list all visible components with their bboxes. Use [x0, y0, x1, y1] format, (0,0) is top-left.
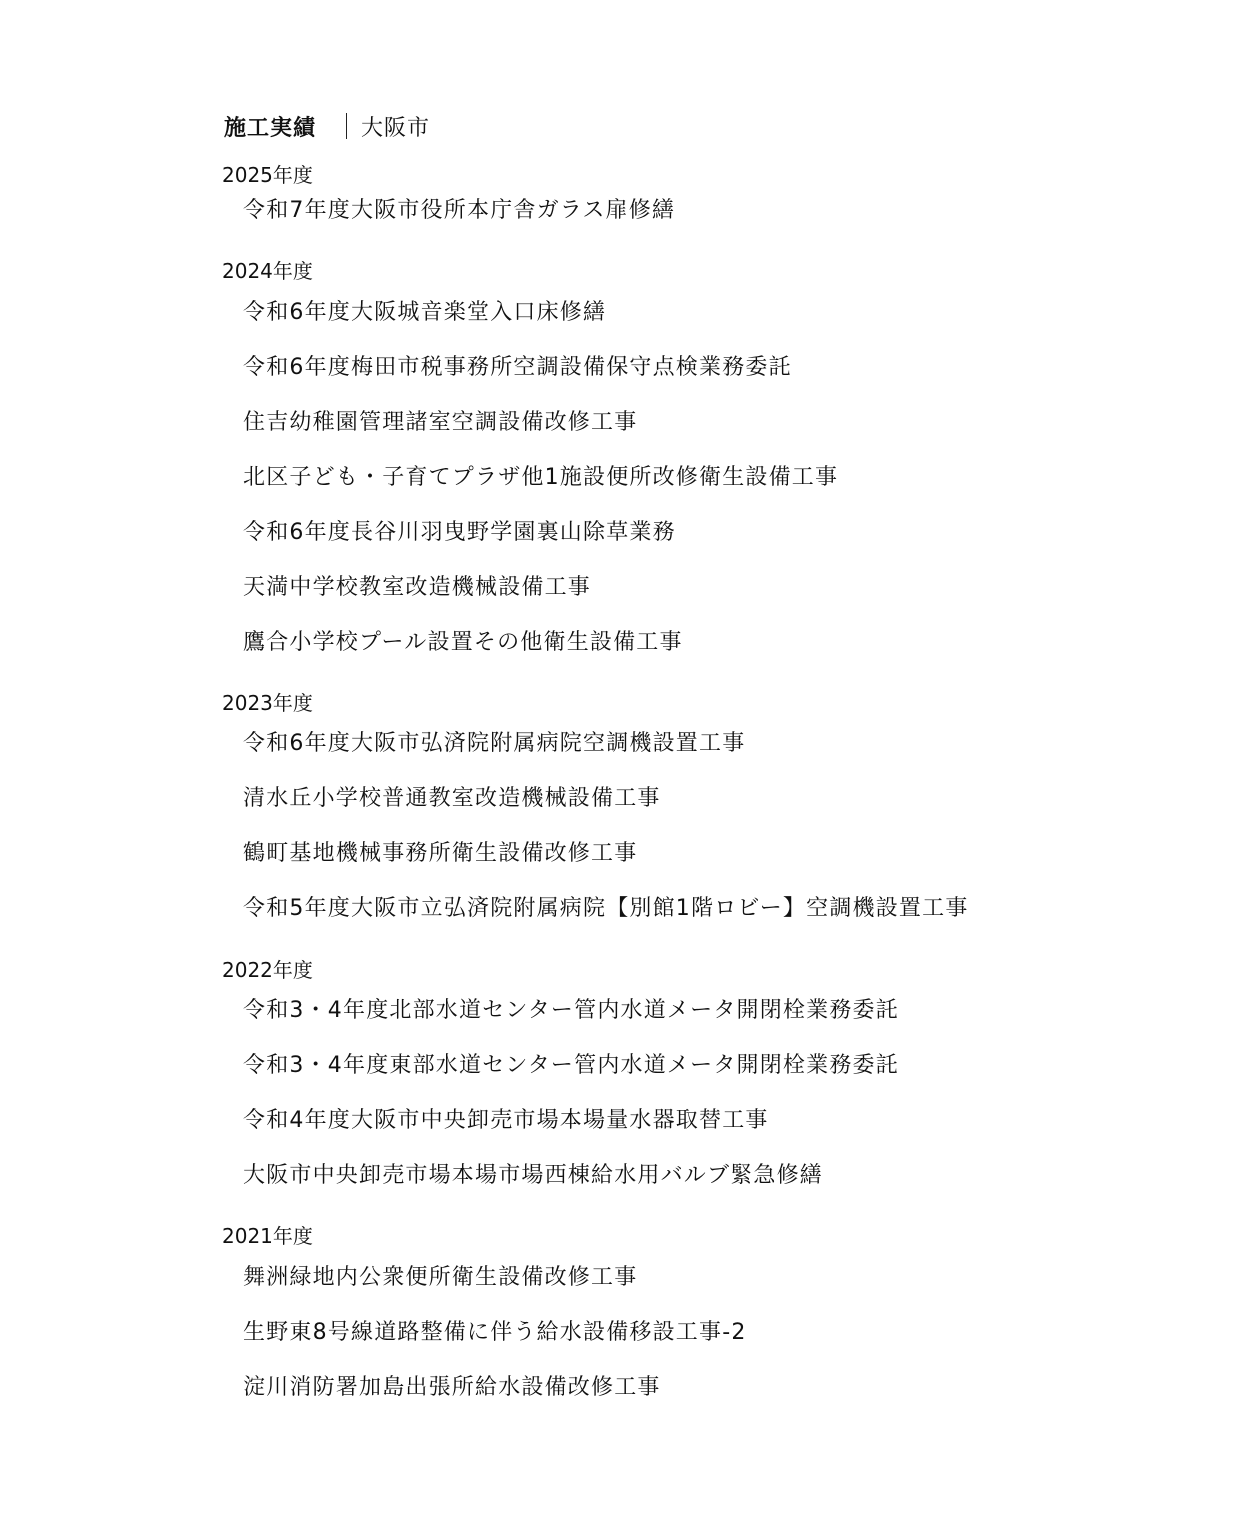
year-heading-2022: 2022年度 [222, 957, 313, 983]
project-item: 北区子ども・子育てプラザ他1施設便所改修衛生設備工事 [243, 463, 838, 493]
project-item: 天満中学校教室改造機械設備工事 [243, 573, 591, 603]
project-item: 清水丘小学校普通教室改造機械設備工事 [243, 784, 661, 814]
project-item: 淀川消防署加島出張所給水設備改修工事 [243, 1373, 661, 1403]
city-label: 大阪市 [361, 111, 430, 142]
project-item: 令和6年度大阪市弘済院附属病院空調機設置工事 [243, 729, 745, 759]
project-item: 令和3・4年度東部水道センター管内水道メータ開閉栓業務委託 [243, 1051, 899, 1081]
project-item: 令和5年度大阪市立弘済院附属病院【別館1階ロビー】空調機設置工事 [243, 894, 969, 924]
year-heading-2023: 2023年度 [222, 690, 313, 716]
project-item: 生野東8号線道路整備に伴う給水設備移設工事-2 [243, 1318, 747, 1348]
page-header: 施工実績 大阪市 [224, 110, 430, 142]
project-item: 令和6年度長谷川羽曳野学園裏山除草業務 [243, 518, 676, 548]
project-item: 令和6年度梅田市税事務所空調設備保守点検業務委託 [243, 353, 792, 383]
project-item: 令和7年度大阪市役所本庁舎ガラス扉修繕 [243, 196, 675, 226]
project-item: 令和3・4年度北部水道センター管内水道メータ開閉栓業務委託 [243, 996, 899, 1026]
page-title: 施工実績 [224, 111, 316, 142]
project-item: 大阪市中央卸売市場本場市場西棟給水用バルブ緊急修繕 [243, 1161, 823, 1191]
title-divider [346, 113, 347, 139]
project-item: 鷹合小学校プール設置その他衛生設備工事 [243, 628, 683, 658]
year-heading-2025: 2025年度 [222, 162, 313, 188]
year-heading-2021: 2021年度 [222, 1223, 313, 1249]
project-item: 令和6年度大阪城音楽堂入口床修繕 [243, 298, 606, 328]
year-heading-2024: 2024年度 [222, 258, 313, 284]
project-item: 鶴町基地機械事務所衛生設備改修工事 [243, 839, 637, 869]
project-item: 令和4年度大阪市中央卸売市場本場量水器取替工事 [243, 1106, 769, 1136]
project-item: 住吉幼稚園管理諸室空調設備改修工事 [243, 408, 637, 438]
project-item: 舞洲緑地内公衆便所衛生設備改修工事 [243, 1263, 637, 1293]
